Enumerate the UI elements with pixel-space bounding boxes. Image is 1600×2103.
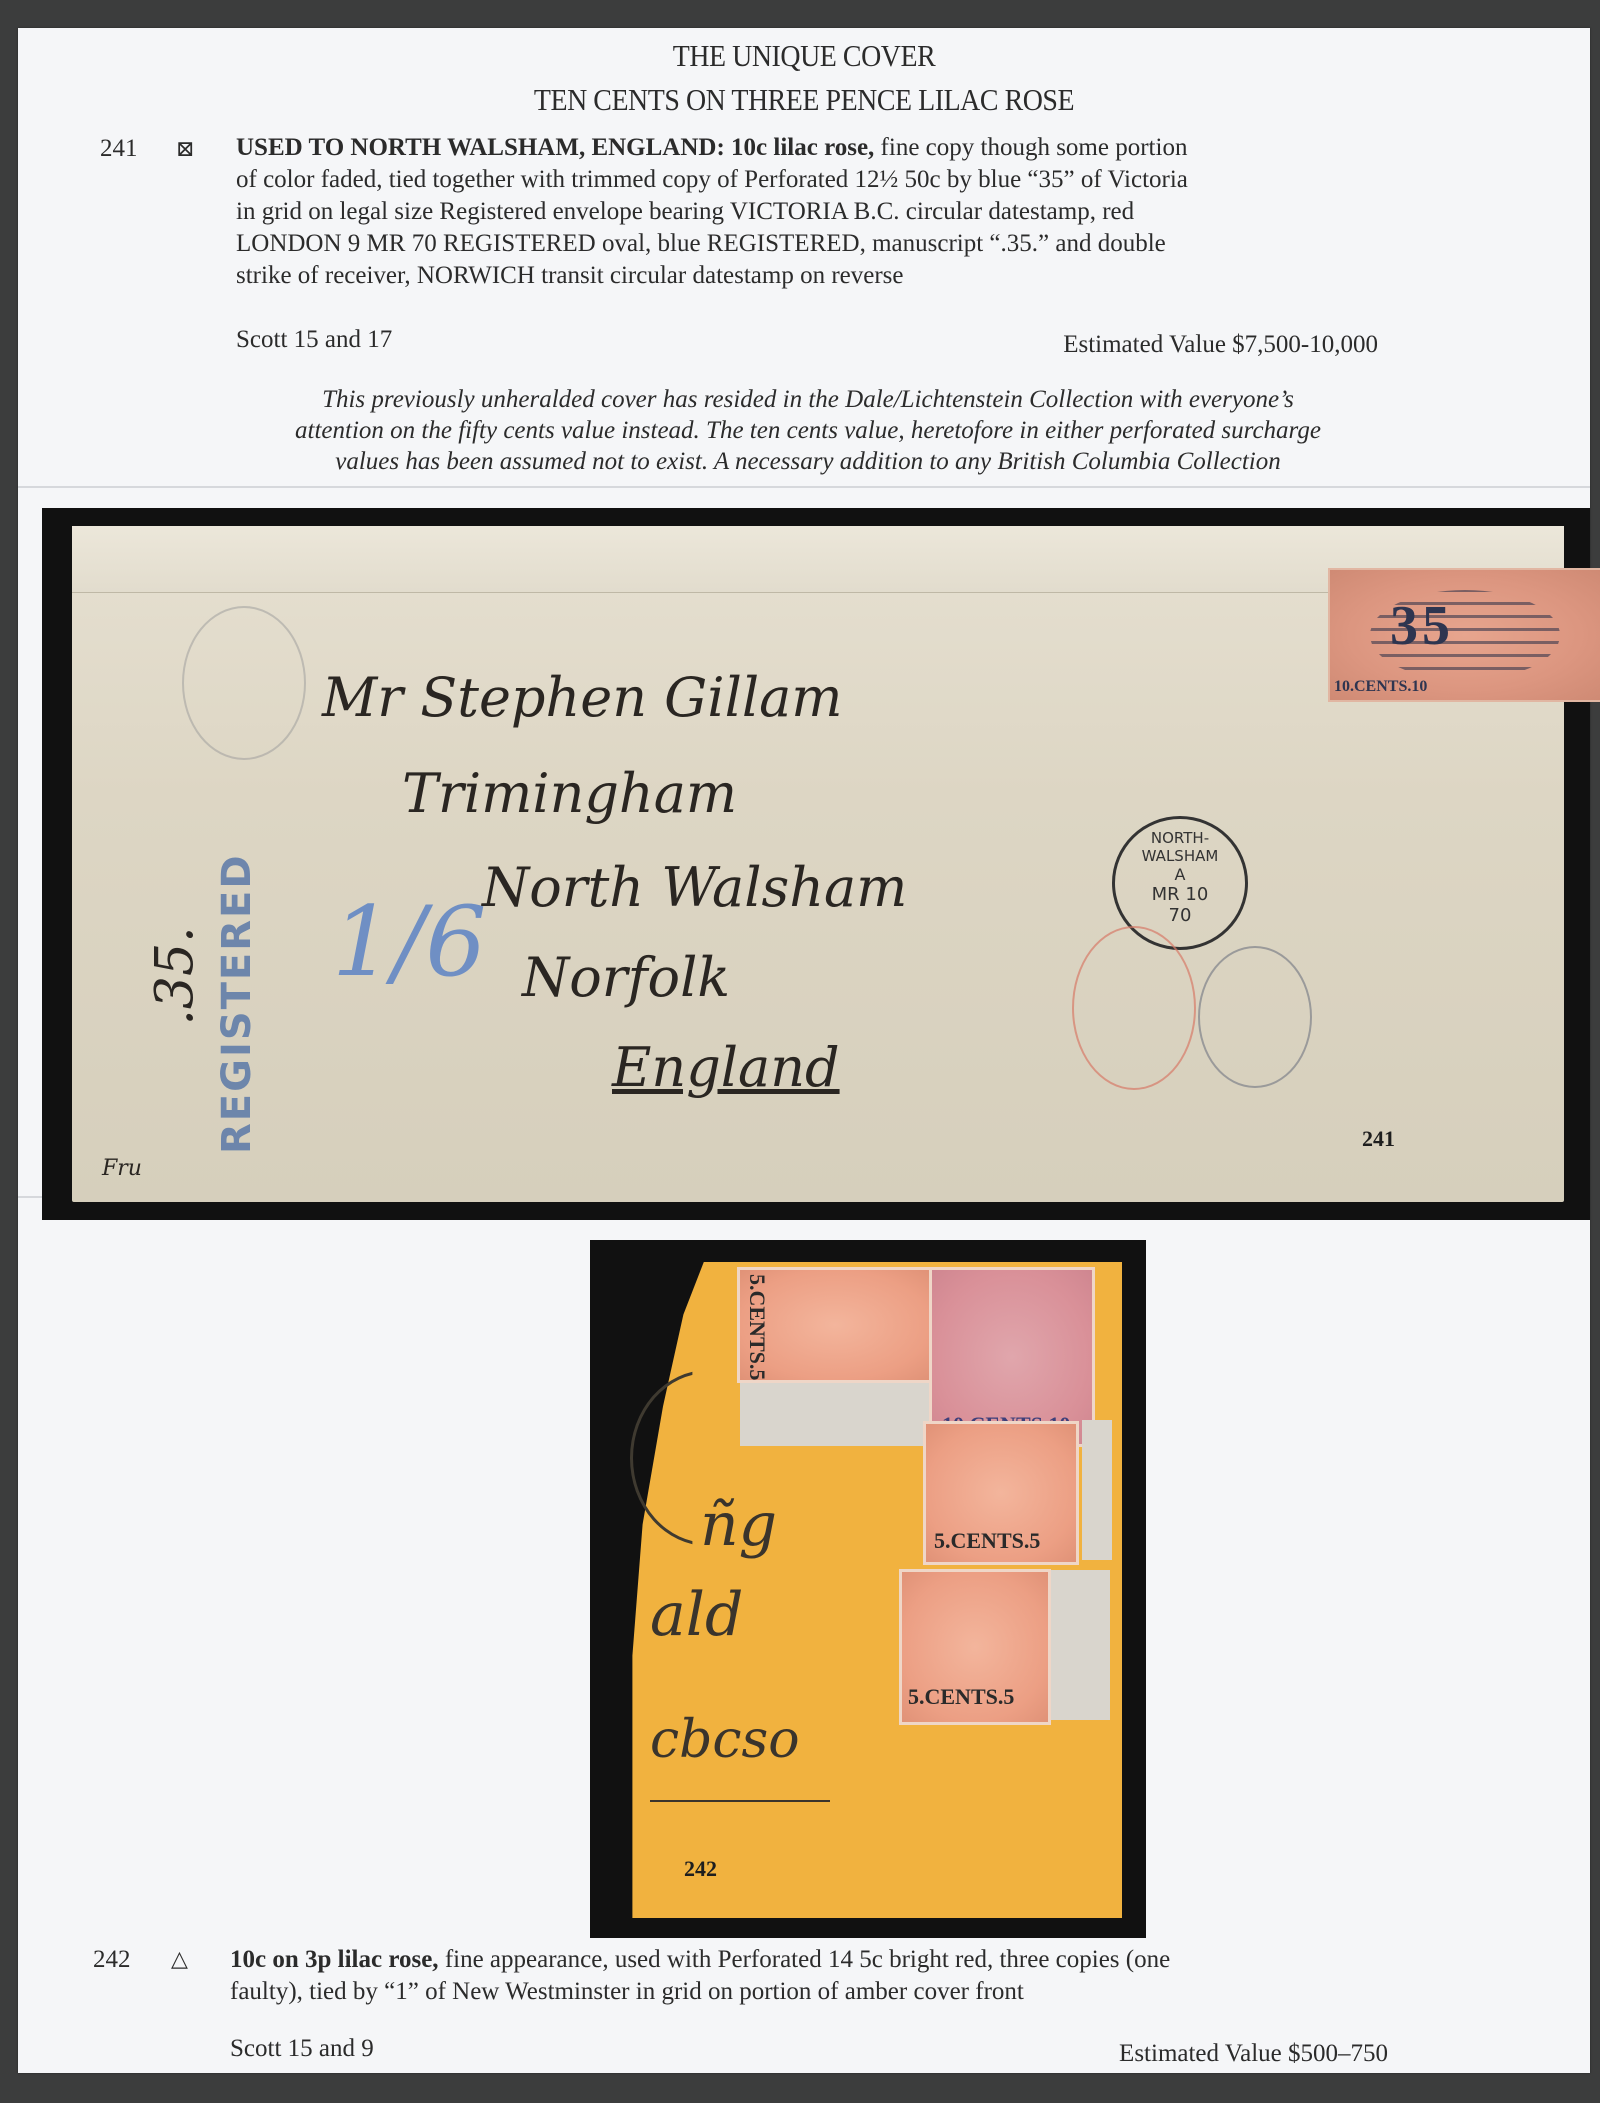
envelope-icon: ⊠	[176, 136, 194, 162]
triangle-icon: △	[171, 1946, 188, 1972]
sheet-margin	[740, 1376, 930, 1446]
image-lot-label: 242	[684, 1856, 717, 1882]
manuscript-rate: .35.	[146, 926, 206, 1025]
lot-description: 10c on 3p lilac rose, fine appearance, u…	[230, 1944, 1430, 2008]
lot-number: 241	[100, 135, 138, 163]
page-title: THE UNIQUE COVER	[97, 38, 1512, 74]
fold-line	[18, 486, 1590, 488]
lot-heading: USED TO NORTH WALSHAM, ENGLAND: 10c lila…	[236, 134, 874, 161]
scott-numbers: Scott 15 and 9	[230, 2035, 374, 2063]
stamp-5c-bright-red: 5.CENTS.5	[740, 1270, 930, 1380]
stamp-5c-bright-red: 5.CENTS.5	[902, 1572, 1048, 1722]
address-line: England	[612, 1036, 840, 1099]
lot-description: USED TO NORTH WALSHAM, ENGLAND: 10c lila…	[236, 132, 1436, 292]
estimated-value: Estimated Value $7,500-10,000	[918, 331, 1378, 359]
stamp-overprint: 5.CENTS.5	[744, 1274, 770, 1380]
lot-number: 242	[93, 1946, 131, 1974]
manuscript-corner: Fru	[102, 1156, 142, 1181]
estimated-value: Estimated Value $500–750	[918, 2040, 1388, 2068]
address-line: Mr Stephen Gillam	[322, 666, 843, 729]
sheet-margin	[1050, 1570, 1110, 1720]
manuscript-text: ald	[650, 1580, 743, 1650]
stamp-overprint: 10.CENTS.10	[1334, 678, 1427, 696]
manuscript-blue: 1/6	[332, 886, 487, 998]
sheet-margin	[1082, 1420, 1112, 1560]
catalogue-page: THE UNIQUE COVER TEN CENTS ON THREE PENC…	[18, 28, 1590, 2073]
stamp-overprint: 5.CENTS.5	[908, 1684, 1014, 1710]
stamp-10c-lilac-rose: 35 10.CENTS.10	[1330, 570, 1600, 700]
stamp-10c-lilac-rose: 10.CENTS.10	[932, 1270, 1092, 1444]
address-line: North Walsham	[482, 856, 907, 919]
lot-note: This previously unheralded cover has res…	[218, 384, 1398, 477]
victoria-datestamp	[182, 606, 306, 760]
lot-heading: 10c on 3p lilac rose,	[230, 1946, 439, 1973]
address-line: Trimingham	[402, 762, 737, 825]
stamp-overprint: 5.CENTS.5	[934, 1528, 1040, 1554]
manuscript-text: cbcso	[650, 1710, 800, 1770]
stamp-5c-bright-red: 5.CENTS.5	[926, 1424, 1076, 1562]
cancel-number: 35	[1390, 594, 1454, 658]
red-registered-oval	[1072, 926, 1196, 1090]
manuscript-underline	[650, 1800, 830, 1802]
lot-241-image[interactable]: 35 10.CENTS.10 Mr Stephen Gillam Triming…	[42, 508, 1590, 1220]
norwich-transit-datestamp	[1198, 946, 1312, 1088]
registered-handstamp: REGISTERED	[212, 826, 256, 1156]
envelope: 35 10.CENTS.10 Mr Stephen Gillam Triming…	[72, 526, 1564, 1202]
manuscript-text: ñg	[700, 1490, 777, 1560]
address-line: Norfolk	[522, 946, 730, 1009]
lot-242-image[interactable]: ñg ald cbcso 5.CENTS.5 10.CENTS.10 5.CEN…	[590, 1240, 1146, 1938]
page-subtitle: TEN CENTS ON THREE PENCE LILAC ROSE	[97, 82, 1512, 118]
scott-numbers: Scott 15 and 17	[236, 326, 392, 354]
image-lot-label: 241	[1362, 1126, 1395, 1152]
